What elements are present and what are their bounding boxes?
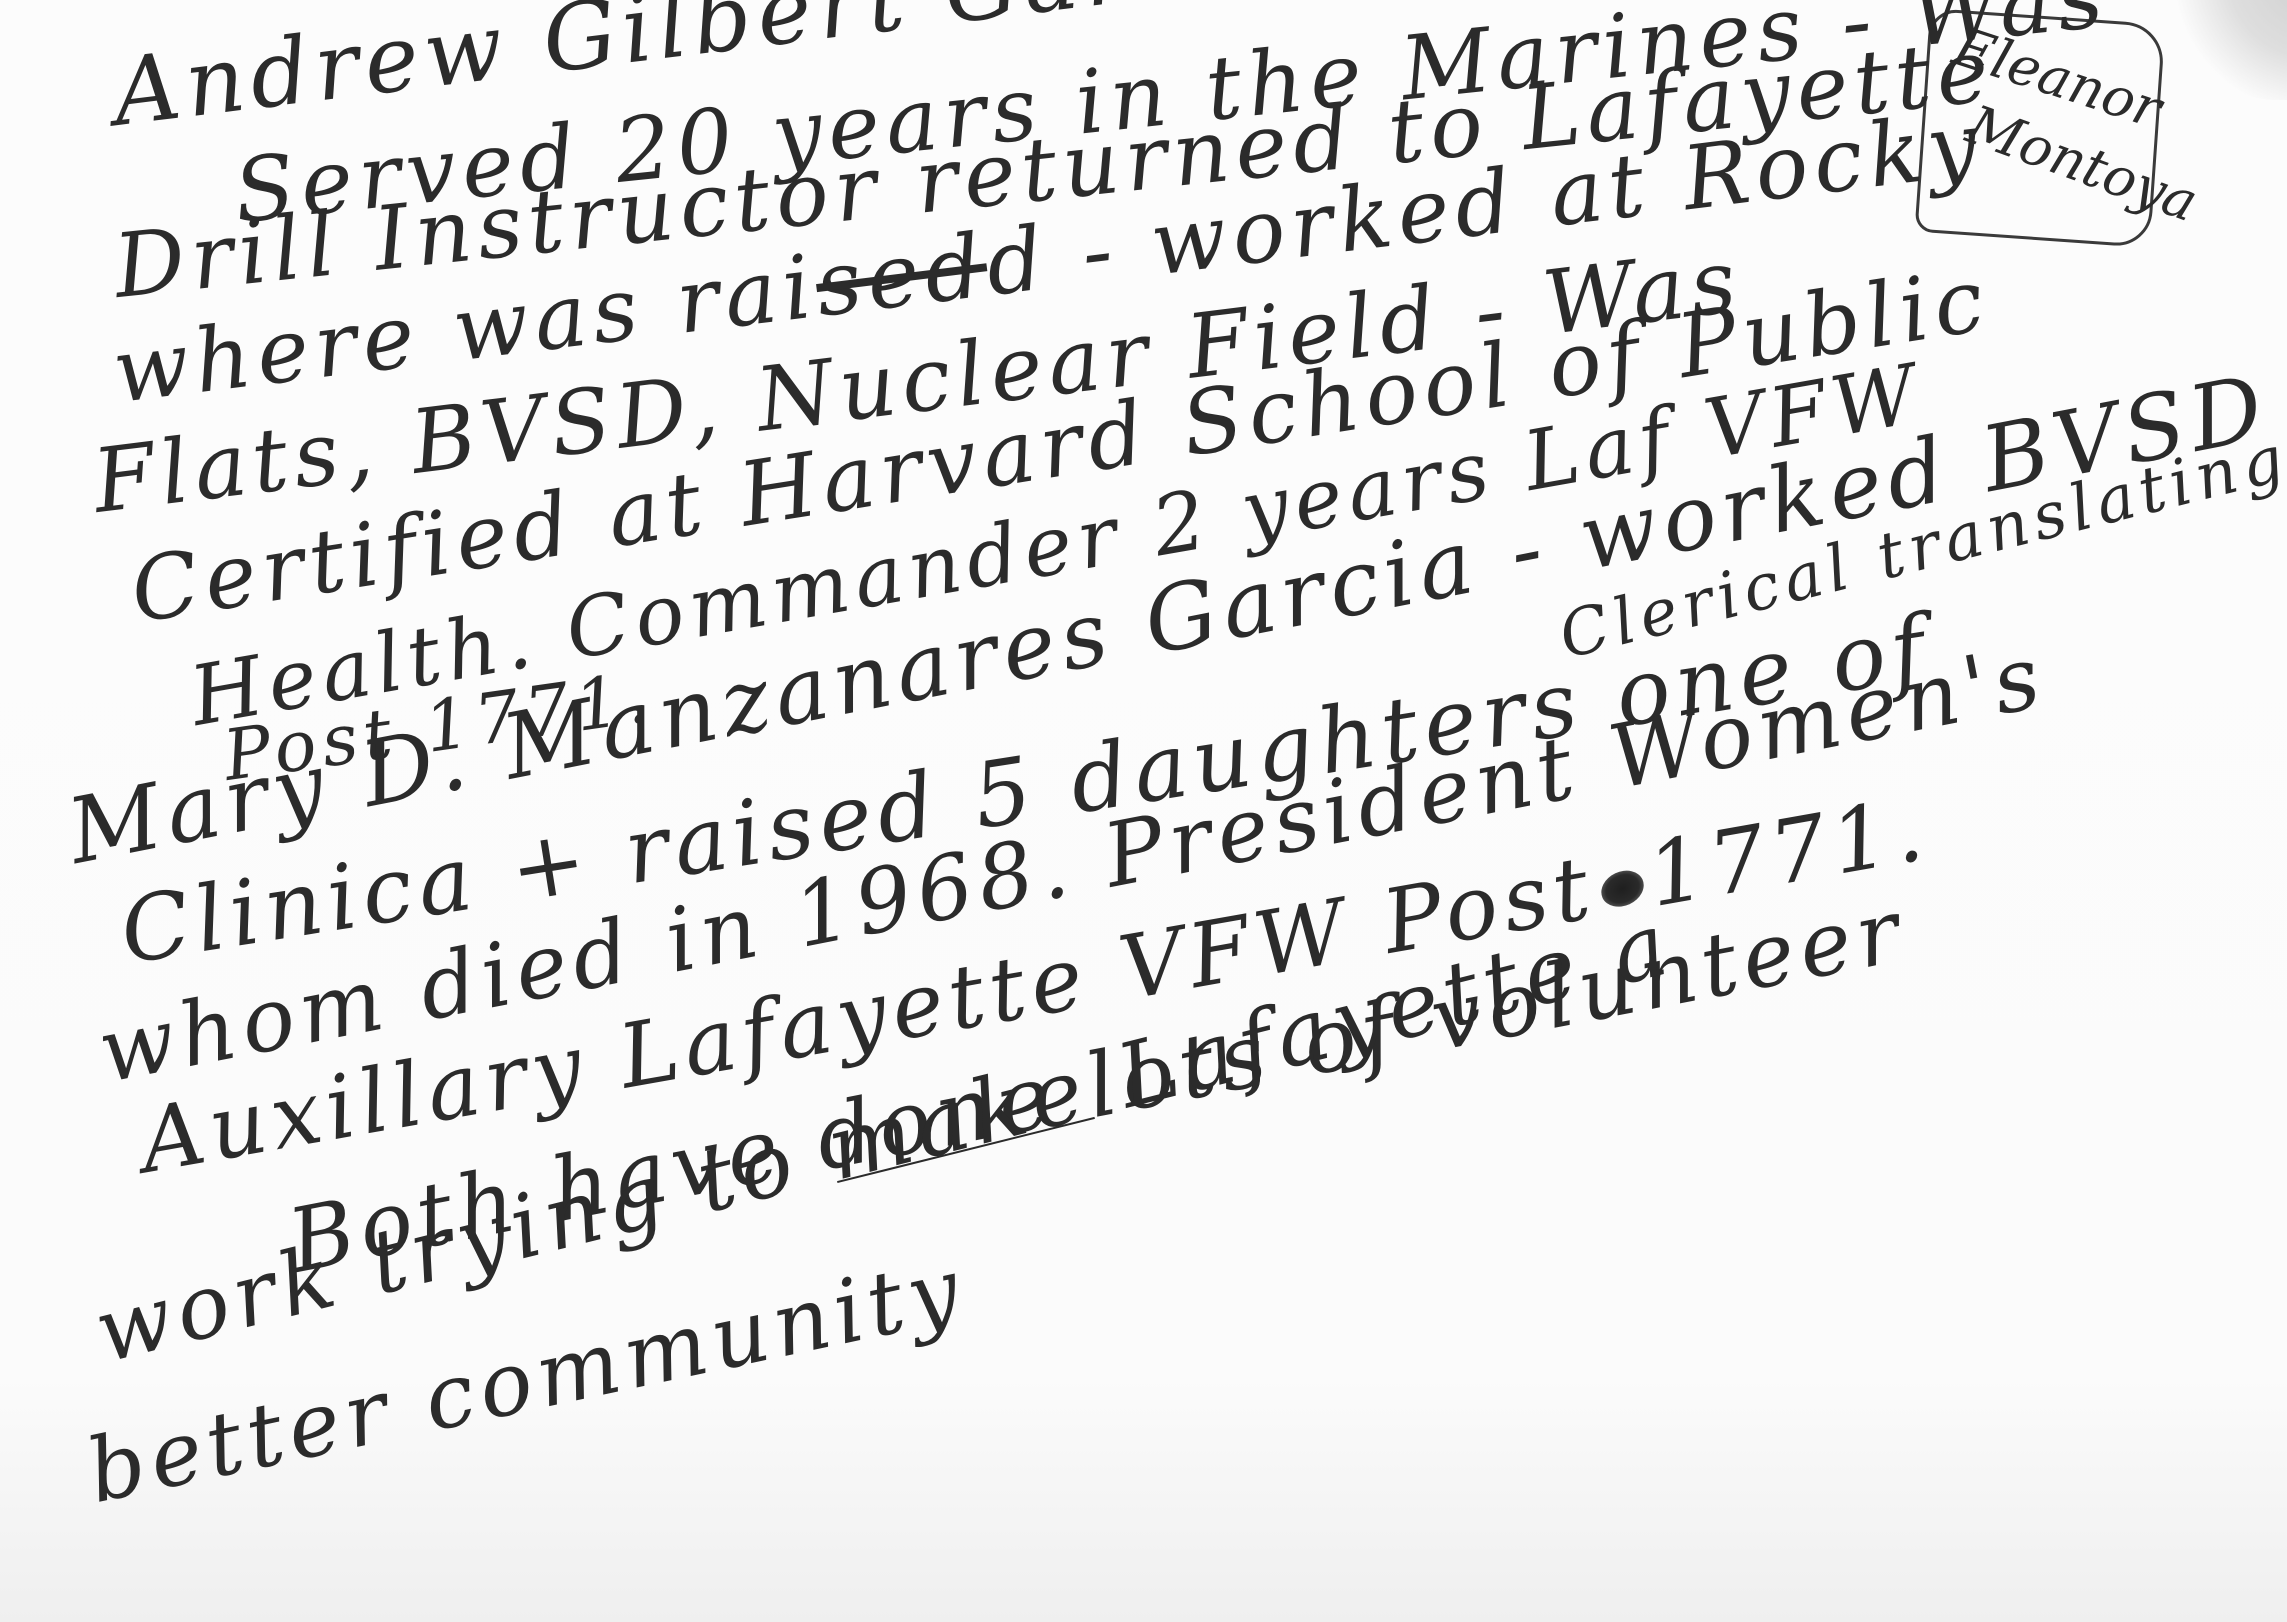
struck-text: sed (810, 214, 993, 337)
page-corner-shadow (2177, 0, 2287, 100)
scanned-page: Eleanor Montoya Andrew Gilbert Garcia 19… (0, 0, 2287, 1622)
